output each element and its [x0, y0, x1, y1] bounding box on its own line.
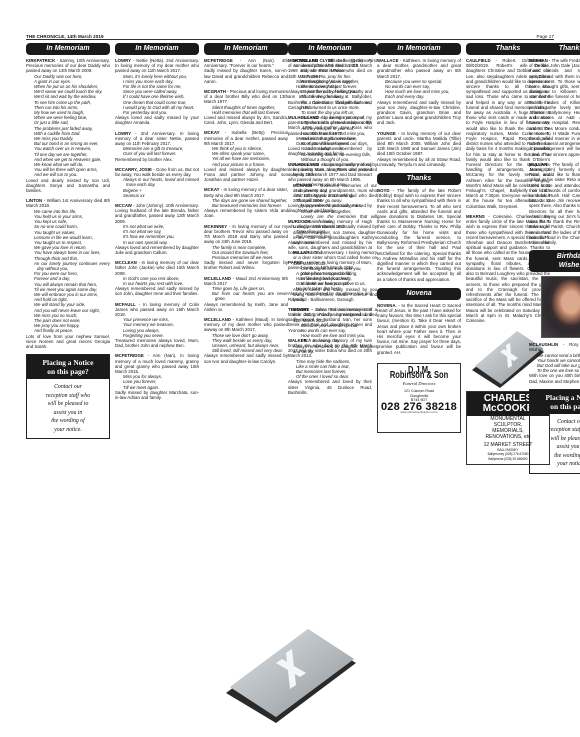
notice-box-line: assist you in: [532, 443, 580, 452]
birthday-header-line2: Wishes: [529, 261, 580, 270]
notice-signature: With love on you 40th birthday from Mum,…: [529, 373, 580, 383]
notice-box-line: reception staff who: [532, 426, 580, 435]
notice-box-title-2: on this page?: [531, 402, 580, 411]
publication-date: THE CHRONICLE, 14th March 2019: [26, 34, 104, 39]
notice-box-line: the wording of: [532, 452, 580, 461]
column-8: Thanks MEEHAN - The wife Freda and famil…: [529, 43, 580, 474]
page-header: THE CHRONICLE, 14th March 2019 Page 17: [26, 30, 554, 40]
notice-text: MCLAUGHLIN - Rory. 40th Birthday Wishes.: [529, 342, 580, 352]
page-number: Page 17: [537, 34, 554, 39]
notice-entry: MCLAUGHLIN - Rory. 40th Birthday Wishes.…: [529, 342, 580, 384]
notice-entry: MEEHAN - The wife Freda and family circl…: [529, 58, 580, 157]
birthday-header-line1: Birthday: [529, 252, 580, 261]
notice-box-title-1: Placing a Notice: [531, 393, 580, 402]
notice-box-line: Contact our: [532, 418, 580, 427]
notice-box-body: Contact ourreception staff whowill be pl…: [530, 414, 580, 473]
section-header-birthday-wishes: Birthday Wishes: [529, 250, 580, 272]
notice-verse: We cannot send a birthday card,Your hand…: [529, 353, 580, 374]
placing-notice-box: Placing a Notice on this page? Contact o…: [529, 389, 580, 474]
notice-surname: MEEHAN: [529, 58, 548, 63]
section-header-thanks: Thanks: [529, 43, 580, 55]
notice-text: MULLAN - The family of the late Thomas J…: [529, 162, 580, 245]
notice-box-line: will be pleased to: [532, 435, 580, 444]
notice-surname: MULLAN: [529, 162, 547, 167]
birthday-photo: [541, 276, 580, 338]
notice-entry: MULLAN - The family of the late Thomas J…: [529, 162, 580, 245]
notice-surname: MCLAUGHLIN: [529, 342, 558, 347]
notice-text: MEEHAN - The wife Freda and family circl…: [529, 58, 580, 157]
notice-box-line: your notice.: [532, 460, 580, 469]
col-8: Thanks MEEHAN - The wife Freda and famil…: [0, 43, 467, 733]
